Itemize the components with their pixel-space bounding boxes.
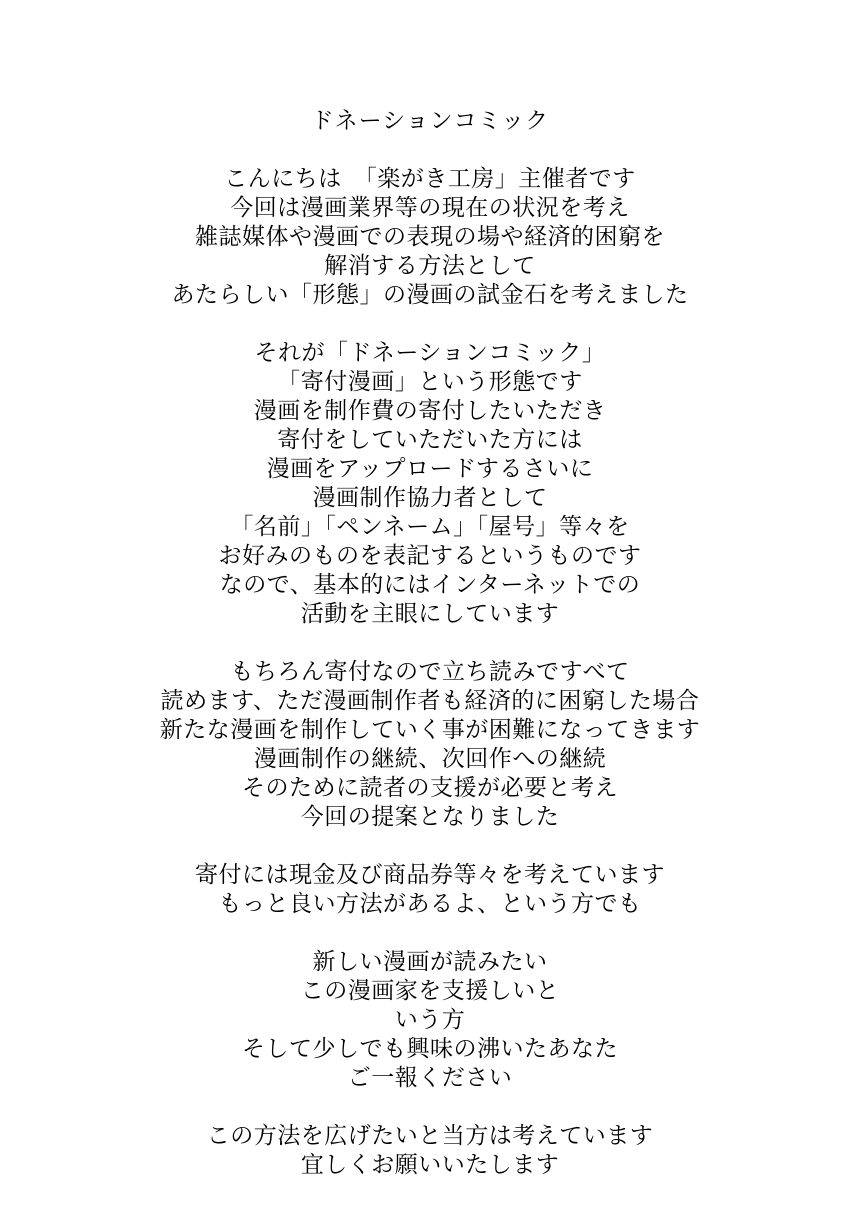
paragraph-intro: こんにちは 「楽がき工房」主催者です 今回は漫画業界等の現在の状況を考え 雑誌媒… (0, 164, 860, 309)
paragraph-call-to-action: 新しい漫画が読みたい この漫画家を支援しいと いう方 そして少しでも興味の沸いた… (0, 947, 860, 1092)
text-line: 解消する方法として (0, 251, 860, 280)
text-line: 「寄付漫画」という形態です (0, 367, 860, 396)
text-line: 雑誌媒体や漫画での表現の場や経済的困窮を (0, 222, 860, 251)
text-line: 宜しくお願いいたします (0, 1150, 860, 1179)
text-line: 読めます、ただ漫画制作者も経済的に困窮した場合 (0, 686, 860, 715)
text-line: もっと良い方法があるよ、という方でも (0, 889, 860, 918)
text-line: お好みのものを表記するというものです (0, 541, 860, 570)
title-block: ドネーションコミック (0, 106, 860, 135)
text-line: 漫画を制作費の寄付したいただき (0, 396, 860, 425)
text-line: 寄付には現金及び商品券等々を考えています (0, 860, 860, 889)
text-line: そして少しでも興味の沸いたあなた (0, 1034, 860, 1063)
text-line: 活動を主眼にしています (0, 599, 860, 628)
text-line: 寄付をしていただいた方には (0, 425, 860, 454)
text-line: 今回は漫画業界等の現在の状況を考え (0, 193, 860, 222)
text-line: なので、基本的にはインターネットでの (0, 570, 860, 599)
paragraph-closing: この方法を広げたいと当方は考えています 宜しくお願いいたします (0, 1121, 860, 1179)
text-line: いう方 (0, 1005, 860, 1034)
text-line: そのために読者の支援が必要と考え (0, 773, 860, 802)
paragraph-reasoning: もちろん寄付なので立ち読みですべて 読めます、ただ漫画制作者も経済的に困窮した場… (0, 657, 860, 831)
text-line: 漫画制作の継続、次回作への継続 (0, 744, 860, 773)
document-page: ドネーションコミック こんにちは 「楽がき工房」主催者です 今回は漫画業界等の現… (0, 0, 860, 1179)
text-line: この漫画家を支援しいと (0, 976, 860, 1005)
text-line: 今回の提案となりました (0, 802, 860, 831)
text-line: この方法を広げたいと当方は考えています (0, 1121, 860, 1150)
text-line: こんにちは 「楽がき工房」主催者です (0, 164, 860, 193)
paragraph-donation-methods: 寄付には現金及び商品券等々を考えています もっと良い方法があるよ、という方でも (0, 860, 860, 918)
text-line: 新たな漫画を制作していく事が困難になってきます (0, 715, 860, 744)
page-title: ドネーションコミック (0, 106, 860, 135)
text-line: 漫画をアップロードするさいに (0, 454, 860, 483)
text-line: あたらしい「形態」の漫画の試金石を考えました (0, 280, 860, 309)
text-line: もちろん寄付なので立ち読みですべて (0, 657, 860, 686)
text-line: それが「ドネーションコミック」 (0, 338, 860, 367)
text-line: 漫画制作協力者として (0, 483, 860, 512)
paragraph-concept: それが「ドネーションコミック」 「寄付漫画」という形態です 漫画を制作費の寄付し… (0, 338, 860, 628)
text-line: ご一報ください (0, 1063, 860, 1092)
text-line: 新しい漫画が読みたい (0, 947, 860, 976)
text-line: 「名前」「ペンネーム」「屋号」等々を (0, 512, 860, 541)
